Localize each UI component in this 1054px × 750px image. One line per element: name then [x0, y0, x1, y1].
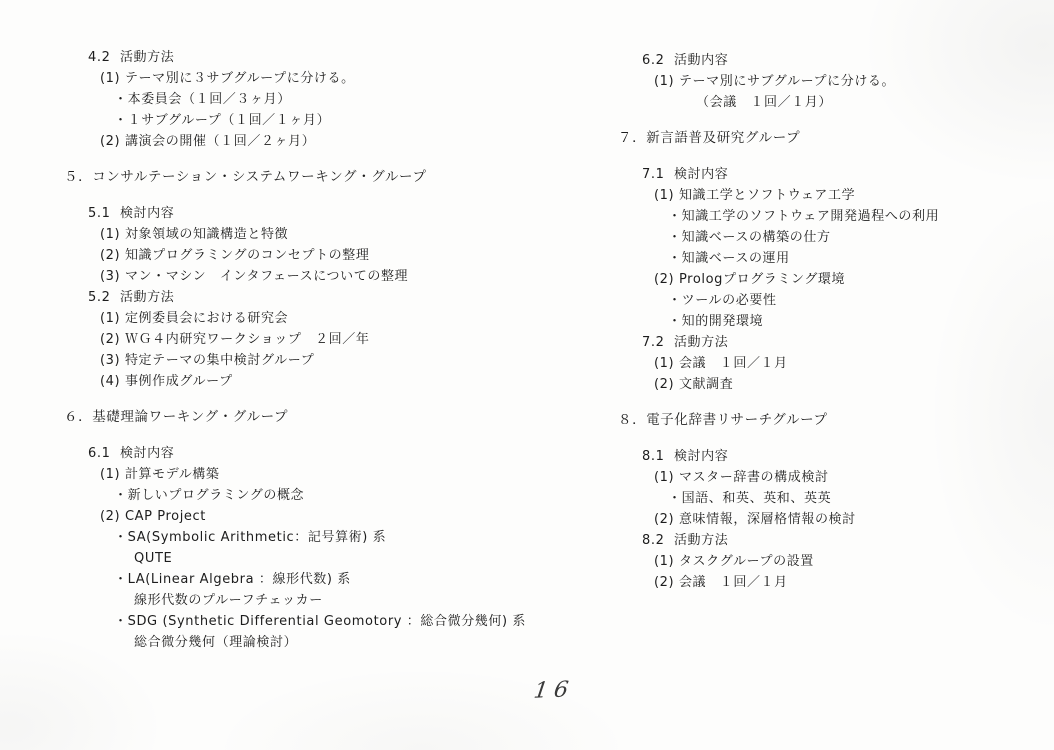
text-line: ８．電子化辞書リサーチグループ [616, 410, 1046, 431]
text-line: QUTE [62, 548, 582, 569]
text-line: (2) Prologプログラミング環境 [616, 269, 1046, 290]
text-line: ６．基礎理論ワーキング・グループ [62, 407, 582, 428]
text-line: (3) 特定テーマの集中検討グループ [62, 350, 582, 371]
text-line: (1) テーマ別に３サブグループに分ける。 [62, 68, 582, 89]
text-line: (2) 会議 １回／１月 [616, 572, 1046, 593]
text-line: (1) 定例委員会における研究会 [62, 308, 582, 329]
text-line: (1) 対象領域の知識構造と特徴 [62, 224, 582, 245]
text-line: 7.1 検討内容 [616, 164, 1046, 185]
text-line: (1) 計算モデル構築 [62, 464, 582, 485]
text-line: (2) ＷＧ４内研究ワークショップ ２回／年 [62, 329, 582, 350]
text-line: (2) 知識プログラミングのコンセプトの整理 [62, 245, 582, 266]
blank-line [616, 149, 1046, 164]
left-column: 4.2 活動方法(1) テーマ別に３サブグループに分ける。・本委員会（１回／３ヶ… [62, 47, 582, 653]
text-line: 総合微分幾何（理論検討） [62, 632, 582, 653]
text-line: ・新しいプログラミングの概念 [62, 485, 582, 506]
blank-line [62, 188, 582, 203]
blank-line [62, 152, 582, 167]
text-line: ・知識ベースの構築の仕方 [616, 227, 1046, 248]
text-line: ５．コンサルテーション・システムワーキング・グループ [62, 167, 582, 188]
text-line: (1) テーマ別にサブグループに分ける。 [616, 71, 1046, 92]
text-line: (4) 事例作成グループ [62, 371, 582, 392]
text-line: (2) 講演会の開催（１回／２ヶ月） [62, 131, 582, 152]
text-line: 8.1 検討内容 [616, 446, 1046, 467]
blank-line [62, 428, 582, 443]
scanned-page: 4.2 活動方法(1) テーマ別に３サブグループに分ける。・本委員会（１回／３ヶ… [0, 0, 1054, 750]
text-line: ７．新言語普及研究グループ [616, 128, 1046, 149]
text-line: ・SDG (Synthetic Differential Geomotory ：… [62, 611, 582, 632]
text-line: 8.2 活動方法 [616, 530, 1046, 551]
right-column: 6.2 活動内容(1) テーマ別にサブグループに分ける。（会議 １回／１月）７．… [616, 50, 1046, 593]
text-line: (1) 知識工学とソフトウェア工学 [616, 185, 1046, 206]
text-line: (2) 文献調査 [616, 374, 1046, 395]
text-line: 7.2 活動方法 [616, 332, 1046, 353]
text-line: ・知識工学のソフトウェア開発過程への利用 [616, 206, 1046, 227]
text-line: (3) マン・マシン インタフェースについての整理 [62, 266, 582, 287]
text-line: ・LA(Linear Algebra ：線形代数) 系 [62, 569, 582, 590]
text-line: ・知的開発環境 [616, 311, 1046, 332]
text-line: 6.2 活動内容 [616, 50, 1046, 71]
text-line: ・１サブグループ（１回／１ヶ月） [62, 110, 582, 131]
text-line: 5.1 検討内容 [62, 203, 582, 224]
text-line: 6.1 検討内容 [62, 443, 582, 464]
text-line: 線形代数のプルーフチェッカー [62, 590, 582, 611]
blank-line [616, 395, 1046, 410]
text-line: ・ツールの必要性 [616, 290, 1046, 311]
text-line: (1) マスター辞書の構成検討 [616, 467, 1046, 488]
text-line: (1) タスクグループの設置 [616, 551, 1046, 572]
text-line: ・国語、和英、英和、英英 [616, 488, 1046, 509]
blank-line [616, 113, 1046, 128]
blank-line [62, 392, 582, 407]
text-line: 5.2 活動方法 [62, 287, 582, 308]
text-line: ・SA(Symbolic Arithmetic：記号算術) 系 [62, 527, 582, 548]
text-line: （会議 １回／１月） [616, 92, 1046, 113]
text-line: ・本委員会（１回／３ヶ月） [62, 89, 582, 110]
text-line: (2) CAP Project [62, 506, 582, 527]
text-line: (1) 会議 １回／１月 [616, 353, 1046, 374]
blank-line [616, 431, 1046, 446]
page-number-handwritten: 16 [532, 677, 576, 703]
text-line: (2) 意味情報，深層格情報の検討 [616, 509, 1046, 530]
text-line: ・知識ベースの運用 [616, 248, 1046, 269]
text-line: 4.2 活動方法 [62, 47, 582, 68]
